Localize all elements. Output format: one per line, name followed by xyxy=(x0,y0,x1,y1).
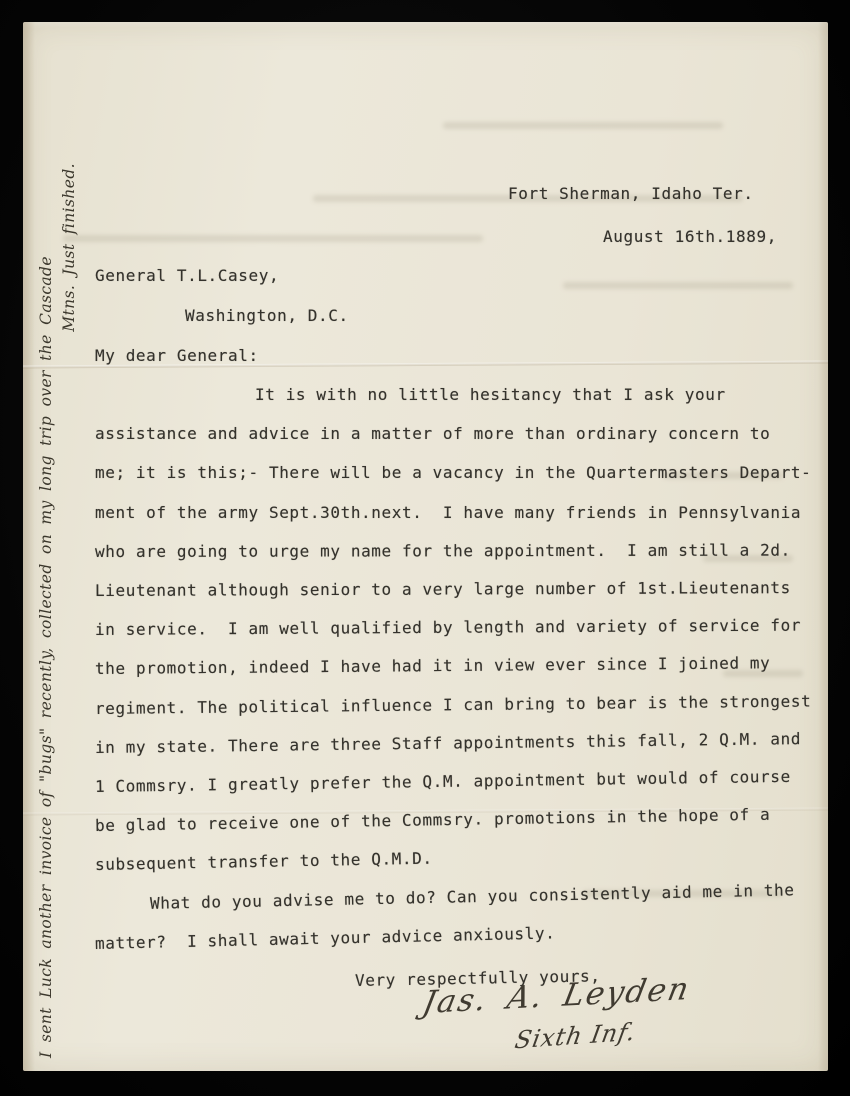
body-line: who are going to urge my name for the ap… xyxy=(95,541,791,561)
body-line: ment of the army Sept.30th.next. I have … xyxy=(95,503,801,522)
body-line: Lieutenant although senior to a very lar… xyxy=(95,578,791,600)
margin-note: I sent Luck another invoice of "bugs" re… xyxy=(35,53,85,1058)
body-line: 1 Commsry. I greatly prefer the Q.M. app… xyxy=(95,767,791,796)
recipient-city: Washington, D.C. xyxy=(185,306,349,325)
body-line: It is with no little hesitancy that I as… xyxy=(95,385,726,404)
body-line: in my state. There are three Staff appoi… xyxy=(95,729,801,757)
body-line: in service. I am well qualified by lengt… xyxy=(95,616,801,639)
heading-date: August 16th.1889, xyxy=(603,227,777,246)
body-line: the promotion, indeed I have had it in v… xyxy=(95,653,771,678)
margin-note-line-2: Mtns. Just finished. xyxy=(58,53,81,1058)
bleed-through-smudge xyxy=(63,235,483,242)
recipient-name: General T.L.Casey, xyxy=(95,266,279,285)
body-line: subsequent transfer to the Q.M.D. xyxy=(95,849,433,874)
body-line: me; it is this;- There will be a vacancy… xyxy=(95,463,811,482)
bleed-through-smudge xyxy=(443,122,723,129)
photo-background: I sent Luck another invoice of "bugs" re… xyxy=(0,0,850,1096)
body-line: regiment. The political influence I can … xyxy=(95,691,811,717)
heading-place: Fort Sherman, Idaho Ter. xyxy=(508,184,754,203)
body-line: matter? I shall await your advice anxiou… xyxy=(95,923,556,953)
letter-paper: I sent Luck another invoice of "bugs" re… xyxy=(23,22,828,1071)
signature-unit: Sixth Inf. xyxy=(513,1018,639,1055)
bleed-through-smudge xyxy=(563,282,793,289)
body-line: What do you advise me to do? Can you con… xyxy=(95,880,795,914)
salutation: My dear General: xyxy=(95,346,259,365)
body-line: assistance and advice in a matter of mor… xyxy=(95,424,770,443)
margin-note-line-1: I sent Luck another invoice of "bugs" re… xyxy=(35,53,58,1058)
